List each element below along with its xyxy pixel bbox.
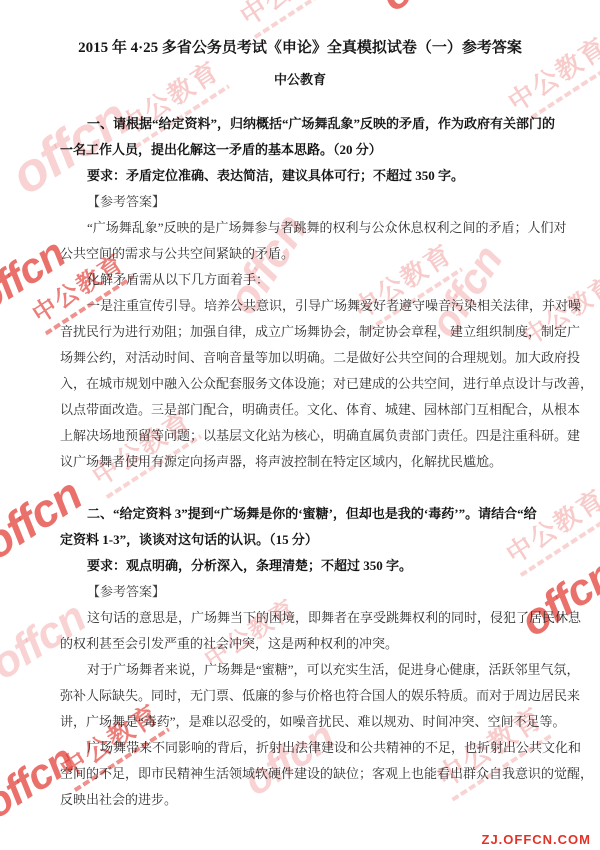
answer2-label: 【参考答案】 xyxy=(60,579,542,605)
question1-stem-line: 一、请根据“给定资料”，归纳概括“广场舞乱象”反映的矛盾，作为政府有关部门的 xyxy=(60,111,542,137)
brand-watermark: 中公教育 xyxy=(232,0,350,39)
brush-stripe xyxy=(254,0,350,39)
answer1-paragraph-line: 化解矛盾需从以下几方面着手： xyxy=(60,267,542,293)
answer1-paragraph-line: 场舞公约，对活动时间、音响音量等加以明确。二是做好公共空间的合理规划。加大政府投 xyxy=(60,345,542,371)
question2-stem-line: 二、“给定资料 3”提到“广场舞是你的‘蜜糖’，但却也是我的‘毒药’”。请结合“… xyxy=(60,501,542,527)
offcn-logo-watermark: offcn xyxy=(372,0,485,22)
answer2-paragraph-line: 对于广场舞者来说，广场舞是“蜜糖”，可以充实生活，促进身心健康，活跃邻里气氛， xyxy=(60,657,542,683)
question1-requirement: 要求：矛盾定位准确、表达简洁，建议具体可行；不超过 350 字。 xyxy=(60,163,542,189)
answer1-paragraph-line: 音扰民行为进行劝阻；加强自律，成立广场舞协会，制定协会章程，建立组织制度，制定广 xyxy=(60,319,542,345)
offcn-site-link[interactable]: ZJ.OFFCN.COM xyxy=(482,832,592,847)
answer2-paragraph-line: 广场舞带来不同影响的背后，折射出法律建设和公共精神的不足，也折射出公共文化和 xyxy=(60,735,542,761)
question2-stem-line: 定资料 1-3”，谈谈对这句话的认识。（15 分） xyxy=(60,527,542,553)
answer2-paragraph-line: 弥补人际缺失。同时，无门票、低廉的参与价格也符合国人的娱乐特质。而对于周边居民来 xyxy=(60,683,542,709)
page-title: 2015 年 4·25 多省公务员考试《申论》全真模拟试卷（一）参考答案 xyxy=(0,36,600,57)
offcn-logo-text: offcn xyxy=(372,0,484,21)
answer1-label: 【参考答案】 xyxy=(60,189,542,215)
answer1-paragraph-line: “广场舞乱象”反映的是广场舞参与者跳舞的权利与公众休息权利之间的矛盾；人们对 xyxy=(60,215,542,241)
answer1-paragraph-line: 一是注重宣传引导。培养公共意识，引导广场舞爱好者遵守噪音污染相关法律，并对噪 xyxy=(60,293,542,319)
answer2-paragraph-line: 这句话的意思是，广场舞当下的困境，即舞者在享受跳舞权利的同时，侵犯了居民休息 xyxy=(60,605,542,631)
page-subtitle: 中公教育 xyxy=(0,69,600,88)
brand-text: 中公教育 xyxy=(235,0,345,31)
answer2-paragraph-line: 空间的不足，即市民精神生活领域软硬件建设的缺位；客观上也能看出群众自我意识的觉醒… xyxy=(60,761,542,787)
answer2-paragraph-line: 反映出社会的进步。 xyxy=(60,787,542,813)
document-page: offcn 中公教育 中公教育 offcn 中公教育 offcn 中公教育 of… xyxy=(0,0,600,850)
question2-requirement: 要求：观点明确，分析深入，条理清楚；不超过 350 字。 xyxy=(60,553,542,579)
answer1-paragraph-line: 议广场舞者使用有源定向扬声器，将声波控制在特定区域内，化解扰民尴尬。 xyxy=(60,449,542,475)
answer1-paragraph-line: 以点带面改造。三是部门配合，明确责任。文化、体育、城建、园林部门互相配合，从根本 xyxy=(60,397,542,423)
answer1-paragraph-line: 入，在城市规划中融入公众配套服务文体设施；对已建成的公共空间，进行单点设计与改善… xyxy=(60,371,542,397)
question1-stem-line: 一名工作人员，提出化解这一矛盾的基本思路。（20 分） xyxy=(60,137,542,163)
document-body: 一、请根据“给定资料”，归纳概括“广场舞乱象”反映的矛盾，作为政府有关部门的 一… xyxy=(60,111,542,813)
answer1-paragraph-line: 公共空间的需求与公共空间紧缺的矛盾。 xyxy=(60,241,542,267)
answer2-paragraph-line: 讲，广场舞是“毒药”，是难以忍受的，如噪音扰民、难以规劝、时间冲突、空间不足等。 xyxy=(60,709,542,735)
answer1-paragraph-line: 上解决场地预留等问题；以基层文化站为核心，明确直属负责部门责任。四是注重科研。建 xyxy=(60,423,542,449)
answer2-paragraph-line: 的权利甚至会引发严重的社会冲突，这是两种权利的冲突。 xyxy=(60,631,542,657)
